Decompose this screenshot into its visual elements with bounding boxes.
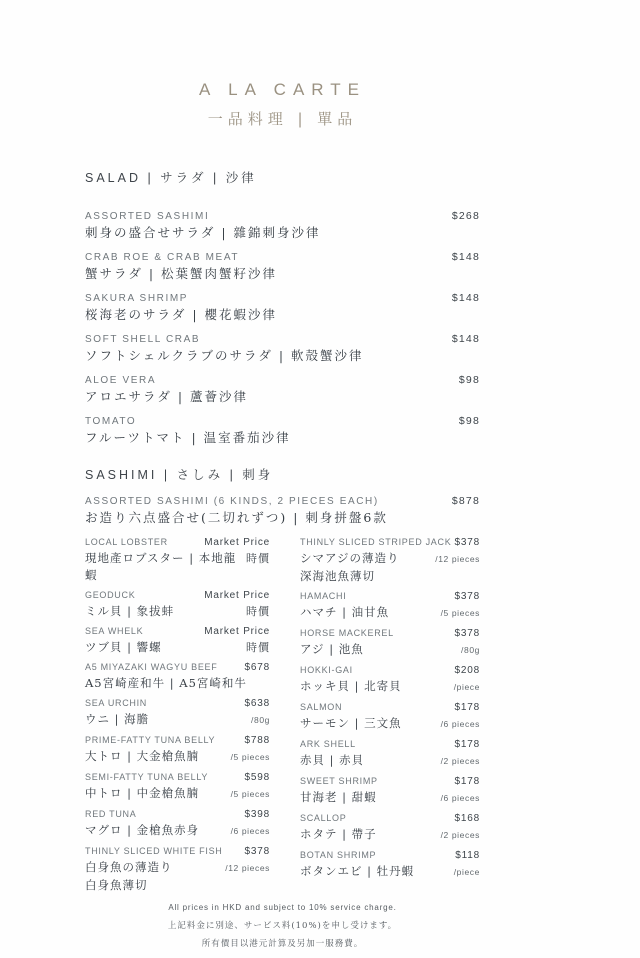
item-name-cjk: サーモン | 三文魚 (300, 715, 402, 732)
menu-header: A LA CARTE 一品料理 | 單品 (85, 80, 480, 128)
item-price: $148 (452, 332, 480, 347)
item-name-en: RED TUNA (85, 807, 136, 822)
menu-page: A LA CARTE 一品料理 | 單品 SALAD | サラダ | 沙律 AS… (0, 0, 640, 958)
menu-item-cjk-row: ホッキ貝 | 北寄貝 /piece (300, 678, 480, 696)
menu-item: HAMACHI $378 ハマチ | 油甘魚 /5 pieces (300, 589, 480, 622)
item-price: $878 (452, 494, 480, 509)
item-name-cjk: 桜海老のサラダ | 櫻花蝦沙律 (85, 306, 277, 323)
item-name-cjk: 白身魚の薄造り (85, 859, 173, 876)
page-subtitle: 一品料理 | 單品 (85, 110, 480, 128)
item-name-en: HOKKI-GAI (300, 663, 353, 678)
item-name-en: HORSE MACKEREL (300, 626, 394, 641)
menu-item-title-row: ALOE VERA $98 (85, 373, 480, 388)
item-name-en: SEA URCHIN (85, 696, 147, 711)
section-header-salad: SALAD | サラダ | 沙律 (85, 171, 480, 186)
item-name-en: SWEET SHRIMP (300, 774, 378, 789)
menu-item-cjk-row: 桜海老のサラダ | 櫻花蝦沙律 (85, 306, 480, 323)
menu-item-title-row: SEA WHELK Market Price (85, 624, 270, 639)
menu-content: A LA CARTE 一品料理 | 單品 SALAD | サラダ | 沙律 AS… (85, 80, 480, 953)
item-name-en: LOCAL LOBSTER (85, 535, 168, 550)
item-price: $678 (245, 660, 270, 675)
menu-item: RED TUNA $398 マグロ | 金槍魚赤身 /6 pieces (85, 807, 270, 840)
menu-item-cjk-row: ウニ | 海膽 /80g (85, 711, 270, 729)
menu-item: A5 MIYAZAKI WAGYU BEEF $678 A5宮崎産和牛 | A5… (85, 660, 270, 692)
item-name-en: ARK SHELL (300, 737, 356, 752)
menu-item: GEODUCK Market Price ミル貝 | 象拔蚌 時價 (85, 588, 270, 620)
menu-item-cjk-row: アジ | 池魚 /80g (300, 641, 480, 659)
item-unit: /2 pieces (441, 827, 480, 844)
item-unit: 時價 (246, 639, 270, 656)
item-name-cjk2: 深海池魚薄切 (300, 568, 480, 585)
section-sashimi: SASHIMI | さしみ | 刺身 ASSORTED SASHIMI (6 K… (85, 468, 480, 898)
item-price: $98 (459, 373, 480, 388)
menu-item-cjk-row: 中トロ | 中金槍魚腩 /5 pieces (85, 785, 270, 803)
menu-item: PRIME-FATTY TUNA BELLY $788 大トロ | 大金槍魚腩 … (85, 733, 270, 766)
menu-item-title-row: SCALLOP $168 (300, 811, 480, 826)
menu-item-cjk-row: アロエサラダ | 蘆薈沙律 (85, 388, 480, 405)
item-name-en: ALOE VERA (85, 373, 156, 388)
menu-item-cjk-row: 刺身の盛合せサラダ | 雜錦刺身沙律 (85, 224, 480, 241)
item-name-cjk: ミル貝 | 象拔蚌 (85, 603, 174, 620)
item-price: Market Price (204, 624, 270, 639)
menu-item-title-row: HOKKI-GAI $208 (300, 663, 480, 678)
item-price: $148 (452, 291, 480, 306)
menu-item: ALOE VERA $98 アロエサラダ | 蘆薈沙律 (85, 373, 480, 405)
item-name-cjk: ウニ | 海膽 (85, 711, 149, 728)
item-name-cjk: 刺身の盛合せサラダ | 雜錦刺身沙律 (85, 224, 321, 241)
item-unit: 時價 (246, 550, 270, 567)
menu-item-cjk-row: 甘海老 | 甜蝦 /6 pieces (300, 789, 480, 807)
item-name-en: HAMACHI (300, 589, 346, 604)
item-unit: /12 pieces (225, 860, 270, 877)
menu-item-title-row: PRIME-FATTY TUNA BELLY $788 (85, 733, 270, 748)
menu-item-title-row: SALMON $178 (300, 700, 480, 715)
menu-item-title-row: BOTAN SHRIMP $118 (300, 848, 480, 863)
menu-item: SALMON $178 サーモン | 三文魚 /6 pieces (300, 700, 480, 733)
item-unit: /5 pieces (231, 786, 270, 803)
item-unit: /6 pieces (231, 823, 270, 840)
item-name-en: SALMON (300, 700, 342, 715)
item-price: $598 (245, 770, 270, 785)
menu-item-title-row: HORSE MACKEREL $378 (300, 626, 480, 641)
menu-item-cjk-row: ボタンエビ | 牡丹蝦 /piece (300, 863, 480, 881)
menu-item-title-row: LOCAL LOBSTER Market Price (85, 535, 270, 550)
item-price: Market Price (204, 588, 270, 603)
item-price: $378 (455, 535, 480, 550)
footer-note-zh: 所有價目以港元計算及另加一服務費。 (85, 935, 480, 953)
item-price: $638 (245, 696, 270, 711)
item-unit: 時價 (246, 603, 270, 620)
item-name-en: BOTAN SHRIMP (300, 848, 376, 863)
sashimi-feature-item: ASSORTED SASHIMI (6 KINDS, 2 PIECES EACH… (85, 494, 480, 526)
menu-item: BOTAN SHRIMP $118 ボタンエビ | 牡丹蝦 /piece (300, 848, 480, 881)
item-unit: /5 pieces (231, 749, 270, 766)
item-name-cjk: アジ | 池魚 (300, 641, 364, 658)
item-name-en: SEA WHELK (85, 624, 143, 639)
item-name-en: TOMATO (85, 414, 136, 429)
item-unit: /6 pieces (441, 716, 480, 733)
menu-item-cjk-row: ツブ貝 | 響螺 時價 (85, 639, 270, 656)
sashimi-right-column: THINLY SLICED STRIPED JACK $378 シマアジの薄造り… (300, 535, 480, 885)
item-name-cjk: 赤貝 | 赤貝 (300, 752, 364, 769)
item-name-cjk: ツブ貝 | 響螺 (85, 639, 162, 656)
item-name-en: THINLY SLICED WHITE FISH (85, 844, 222, 859)
item-unit: /6 pieces (441, 790, 480, 807)
menu-item-cjk-row: フルーツトマト | 温室番茄沙律 (85, 429, 480, 446)
item-price: $178 (455, 737, 480, 752)
item-price: $118 (455, 848, 480, 863)
item-price: $378 (455, 626, 480, 641)
menu-item-title-row: TOMATO $98 (85, 414, 480, 429)
menu-item-title-row: CRAB ROE & CRAB MEAT $148 (85, 250, 480, 265)
menu-item: SEA WHELK Market Price ツブ貝 | 響螺 時價 (85, 624, 270, 656)
item-name-en: ASSORTED SASHIMI (6 KINDS, 2 PIECES EACH… (85, 494, 379, 509)
menu-item-cjk-row: A5宮崎産和牛 | A5宮崎和牛 (85, 675, 270, 692)
item-name-cjk: ホッキ貝 | 北寄貝 (300, 678, 402, 695)
menu-item: ASSORTED SASHIMI $268 刺身の盛合せサラダ | 雜錦刺身沙律 (85, 209, 480, 241)
menu-item: SWEET SHRIMP $178 甘海老 | 甜蝦 /6 pieces (300, 774, 480, 807)
item-name-cjk: お造り六点盛合せ(二切れずつ) | 刺身拼盤6款 (85, 509, 388, 526)
menu-item-cjk-row: ソフトシェルクラブのサラダ | 軟殻蟹沙律 (85, 347, 480, 364)
footer-note-jp: 上記料金に別途、サービス料(10%)を申し受けます。 (85, 917, 480, 935)
menu-item-cjk-row: 大トロ | 大金槍魚腩 /5 pieces (85, 748, 270, 766)
item-name-en: SOFT SHELL CRAB (85, 332, 200, 347)
item-name-cjk: アロエサラダ | 蘆薈沙律 (85, 388, 248, 405)
salad-item-list: ASSORTED SASHIMI $268 刺身の盛合せサラダ | 雜錦刺身沙律… (85, 209, 480, 446)
item-price: Market Price (204, 535, 270, 550)
item-name-en: GEODUCK (85, 588, 135, 603)
menu-item: ASSORTED SASHIMI (6 KINDS, 2 PIECES EACH… (85, 494, 480, 526)
item-name-cjk: ボタンエビ | 牡丹蝦 (300, 863, 414, 880)
menu-item-title-row: SOFT SHELL CRAB $148 (85, 332, 480, 347)
menu-item-title-row: ASSORTED SASHIMI $268 (85, 209, 480, 224)
menu-item-cjk-row: 蟹サラダ | 松葉蟹肉蟹籽沙律 (85, 265, 480, 282)
item-name-en: CRAB ROE & CRAB MEAT (85, 250, 239, 265)
item-price: $148 (452, 250, 480, 265)
menu-item: HORSE MACKEREL $378 アジ | 池魚 /80g (300, 626, 480, 659)
sashimi-columns: LOCAL LOBSTER Market Price 現地產ロブスター | 本地… (85, 535, 480, 898)
menu-item-cjk-row: マグロ | 金槍魚赤身 /6 pieces (85, 822, 270, 840)
item-price: $178 (455, 774, 480, 789)
item-name-en: SCALLOP (300, 811, 346, 826)
item-name-en: THINLY SLICED STRIPED JACK (300, 535, 451, 550)
item-name-cjk: ソフトシェルクラブのサラダ | 軟殻蟹沙律 (85, 347, 364, 364)
item-unit: /2 pieces (441, 753, 480, 770)
menu-item: HOKKI-GAI $208 ホッキ貝 | 北寄貝 /piece (300, 663, 480, 696)
menu-item: SAKURA SHRIMP $148 桜海老のサラダ | 櫻花蝦沙律 (85, 291, 480, 323)
menu-item: THINLY SLICED WHITE FISH $378 白身魚の薄造り /1… (85, 844, 270, 894)
menu-item: ARK SHELL $178 赤貝 | 赤貝 /2 pieces (300, 737, 480, 770)
item-name-cjk: 蟹サラダ | 松葉蟹肉蟹籽沙律 (85, 265, 277, 282)
footer-note-en: All prices in HKD and subject to 10% ser… (85, 899, 480, 917)
footer-notes: All prices in HKD and subject to 10% ser… (85, 899, 480, 953)
item-name-en: SEMI-FATTY TUNA BELLY (85, 770, 208, 785)
menu-item: SOFT SHELL CRAB $148 ソフトシェルクラブのサラダ | 軟殻蟹… (85, 332, 480, 364)
menu-item: SEMI-FATTY TUNA BELLY $598 中トロ | 中金槍魚腩 /… (85, 770, 270, 803)
menu-item-cjk-row: ホタテ | 帶子 /2 pieces (300, 826, 480, 844)
item-unit: /12 pieces (435, 551, 480, 568)
menu-item-title-row: THINLY SLICED STRIPED JACK $378 (300, 535, 480, 550)
item-unit: /80g (461, 642, 480, 659)
item-name-en: SAKURA SHRIMP (85, 291, 188, 306)
sashimi-left-column: LOCAL LOBSTER Market Price 現地產ロブスター | 本地… (85, 535, 270, 898)
menu-item-cjk-row: お造り六点盛合せ(二切れずつ) | 刺身拼盤6款 (85, 509, 480, 526)
menu-item-cjk-row: ミル貝 | 象拔蚌 時價 (85, 603, 270, 620)
item-name-cjk: フルーツトマト | 温室番茄沙律 (85, 429, 291, 446)
menu-item: SCALLOP $168 ホタテ | 帶子 /2 pieces (300, 811, 480, 844)
item-price: $378 (245, 844, 270, 859)
section-header-sashimi: SASHIMI | さしみ | 刺身 (85, 468, 480, 483)
item-price: $168 (455, 811, 480, 826)
item-unit: /80g (251, 712, 270, 729)
menu-item-cjk-row: 赤貝 | 赤貝 /2 pieces (300, 752, 480, 770)
item-name-en: PRIME-FATTY TUNA BELLY (85, 733, 215, 748)
menu-item-title-row: THINLY SLICED WHITE FISH $378 (85, 844, 270, 859)
menu-item-title-row: RED TUNA $398 (85, 807, 270, 822)
item-name-cjk: ホタテ | 帶子 (300, 826, 377, 843)
menu-item: TOMATO $98 フルーツトマト | 温室番茄沙律 (85, 414, 480, 446)
item-unit: /5 pieces (441, 605, 480, 622)
item-name-cjk2: 白身魚薄切 (85, 877, 270, 894)
menu-item-title-row: SEMI-FATTY TUNA BELLY $598 (85, 770, 270, 785)
menu-item-title-row: GEODUCK Market Price (85, 588, 270, 603)
menu-item-title-row: ASSORTED SASHIMI (6 KINDS, 2 PIECES EACH… (85, 494, 480, 509)
item-price: $378 (455, 589, 480, 604)
menu-item-title-row: HAMACHI $378 (300, 589, 480, 604)
item-name-en: A5 MIYAZAKI WAGYU BEEF (85, 660, 217, 675)
menu-item-cjk-row: サーモン | 三文魚 /6 pieces (300, 715, 480, 733)
menu-item: SEA URCHIN $638 ウニ | 海膽 /80g (85, 696, 270, 729)
item-price: $268 (452, 209, 480, 224)
menu-item-cjk-row: 白身魚の薄造り /12 pieces (85, 859, 270, 877)
menu-item-cjk-row: 現地產ロブスター | 本地龍蝦 時價 (85, 550, 270, 584)
item-unit: /piece (454, 679, 480, 696)
item-price: $398 (245, 807, 270, 822)
menu-item-title-row: SAKURA SHRIMP $148 (85, 291, 480, 306)
item-price: $208 (455, 663, 480, 678)
menu-item: THINLY SLICED STRIPED JACK $378 シマアジの薄造り… (300, 535, 480, 585)
menu-item-title-row: A5 MIYAZAKI WAGYU BEEF $678 (85, 660, 270, 675)
section-salad: SALAD | サラダ | 沙律 ASSORTED SASHIMI $268 刺… (85, 171, 480, 446)
item-name-cjk: マグロ | 金槍魚赤身 (85, 822, 199, 839)
item-name-cjk: 現地產ロブスター | 本地龍蝦 (85, 550, 246, 584)
item-name-cjk: ハマチ | 油甘魚 (300, 604, 389, 621)
item-price: $178 (455, 700, 480, 715)
item-name-cjk: 中トロ | 中金槍魚腩 (85, 785, 199, 802)
menu-item: LOCAL LOBSTER Market Price 現地產ロブスター | 本地… (85, 535, 270, 584)
item-price: $788 (245, 733, 270, 748)
item-name-en: ASSORTED SASHIMI (85, 209, 209, 224)
menu-item-title-row: ARK SHELL $178 (300, 737, 480, 752)
menu-item-cjk-row: ハマチ | 油甘魚 /5 pieces (300, 604, 480, 622)
item-name-cjk: シマアジの薄造り (300, 550, 400, 567)
item-name-cjk: A5宮崎産和牛 | A5宮崎和牛 (85, 675, 247, 692)
menu-item-title-row: SEA URCHIN $638 (85, 696, 270, 711)
menu-item: CRAB ROE & CRAB MEAT $148 蟹サラダ | 松葉蟹肉蟹籽沙… (85, 250, 480, 282)
item-price: $98 (459, 414, 480, 429)
item-unit: /piece (454, 864, 480, 881)
menu-item-title-row: SWEET SHRIMP $178 (300, 774, 480, 789)
item-name-cjk: 大トロ | 大金槍魚腩 (85, 748, 199, 765)
menu-item-cjk-row: シマアジの薄造り /12 pieces (300, 550, 480, 568)
page-title: A LA CARTE (85, 80, 480, 100)
item-name-cjk: 甘海老 | 甜蝦 (300, 789, 377, 806)
